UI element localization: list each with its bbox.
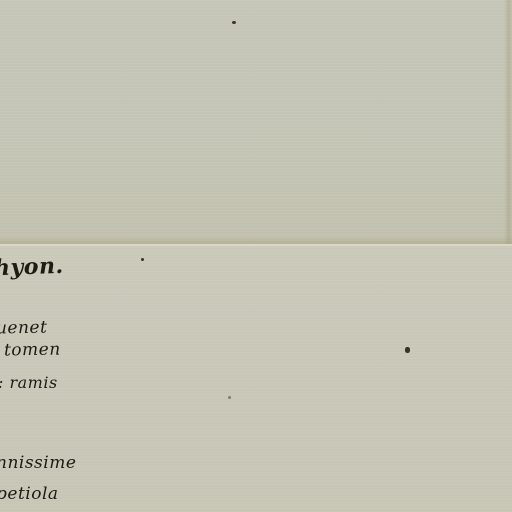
upper-paper-sheet — [0, 0, 512, 244]
ink-spot — [141, 258, 144, 261]
manuscript-photo: hyon. uenet tomen : ramis nnissime petio… — [0, 0, 512, 512]
ink-spot — [228, 396, 231, 399]
ink-spot — [232, 21, 236, 24]
ink-spot — [405, 347, 410, 353]
manuscript-line: : ramis — [0, 373, 58, 392]
manuscript-line: tomen — [4, 340, 61, 361]
manuscript-line: petiola — [0, 484, 59, 504]
manuscript-line: uenet — [0, 318, 48, 339]
manuscript-line: hyon. — [0, 253, 64, 281]
lower-manuscript-sheet — [0, 246, 512, 512]
upper-sheet-right-edge — [504, 0, 512, 250]
manuscript-line: nnissime — [0, 453, 76, 473]
